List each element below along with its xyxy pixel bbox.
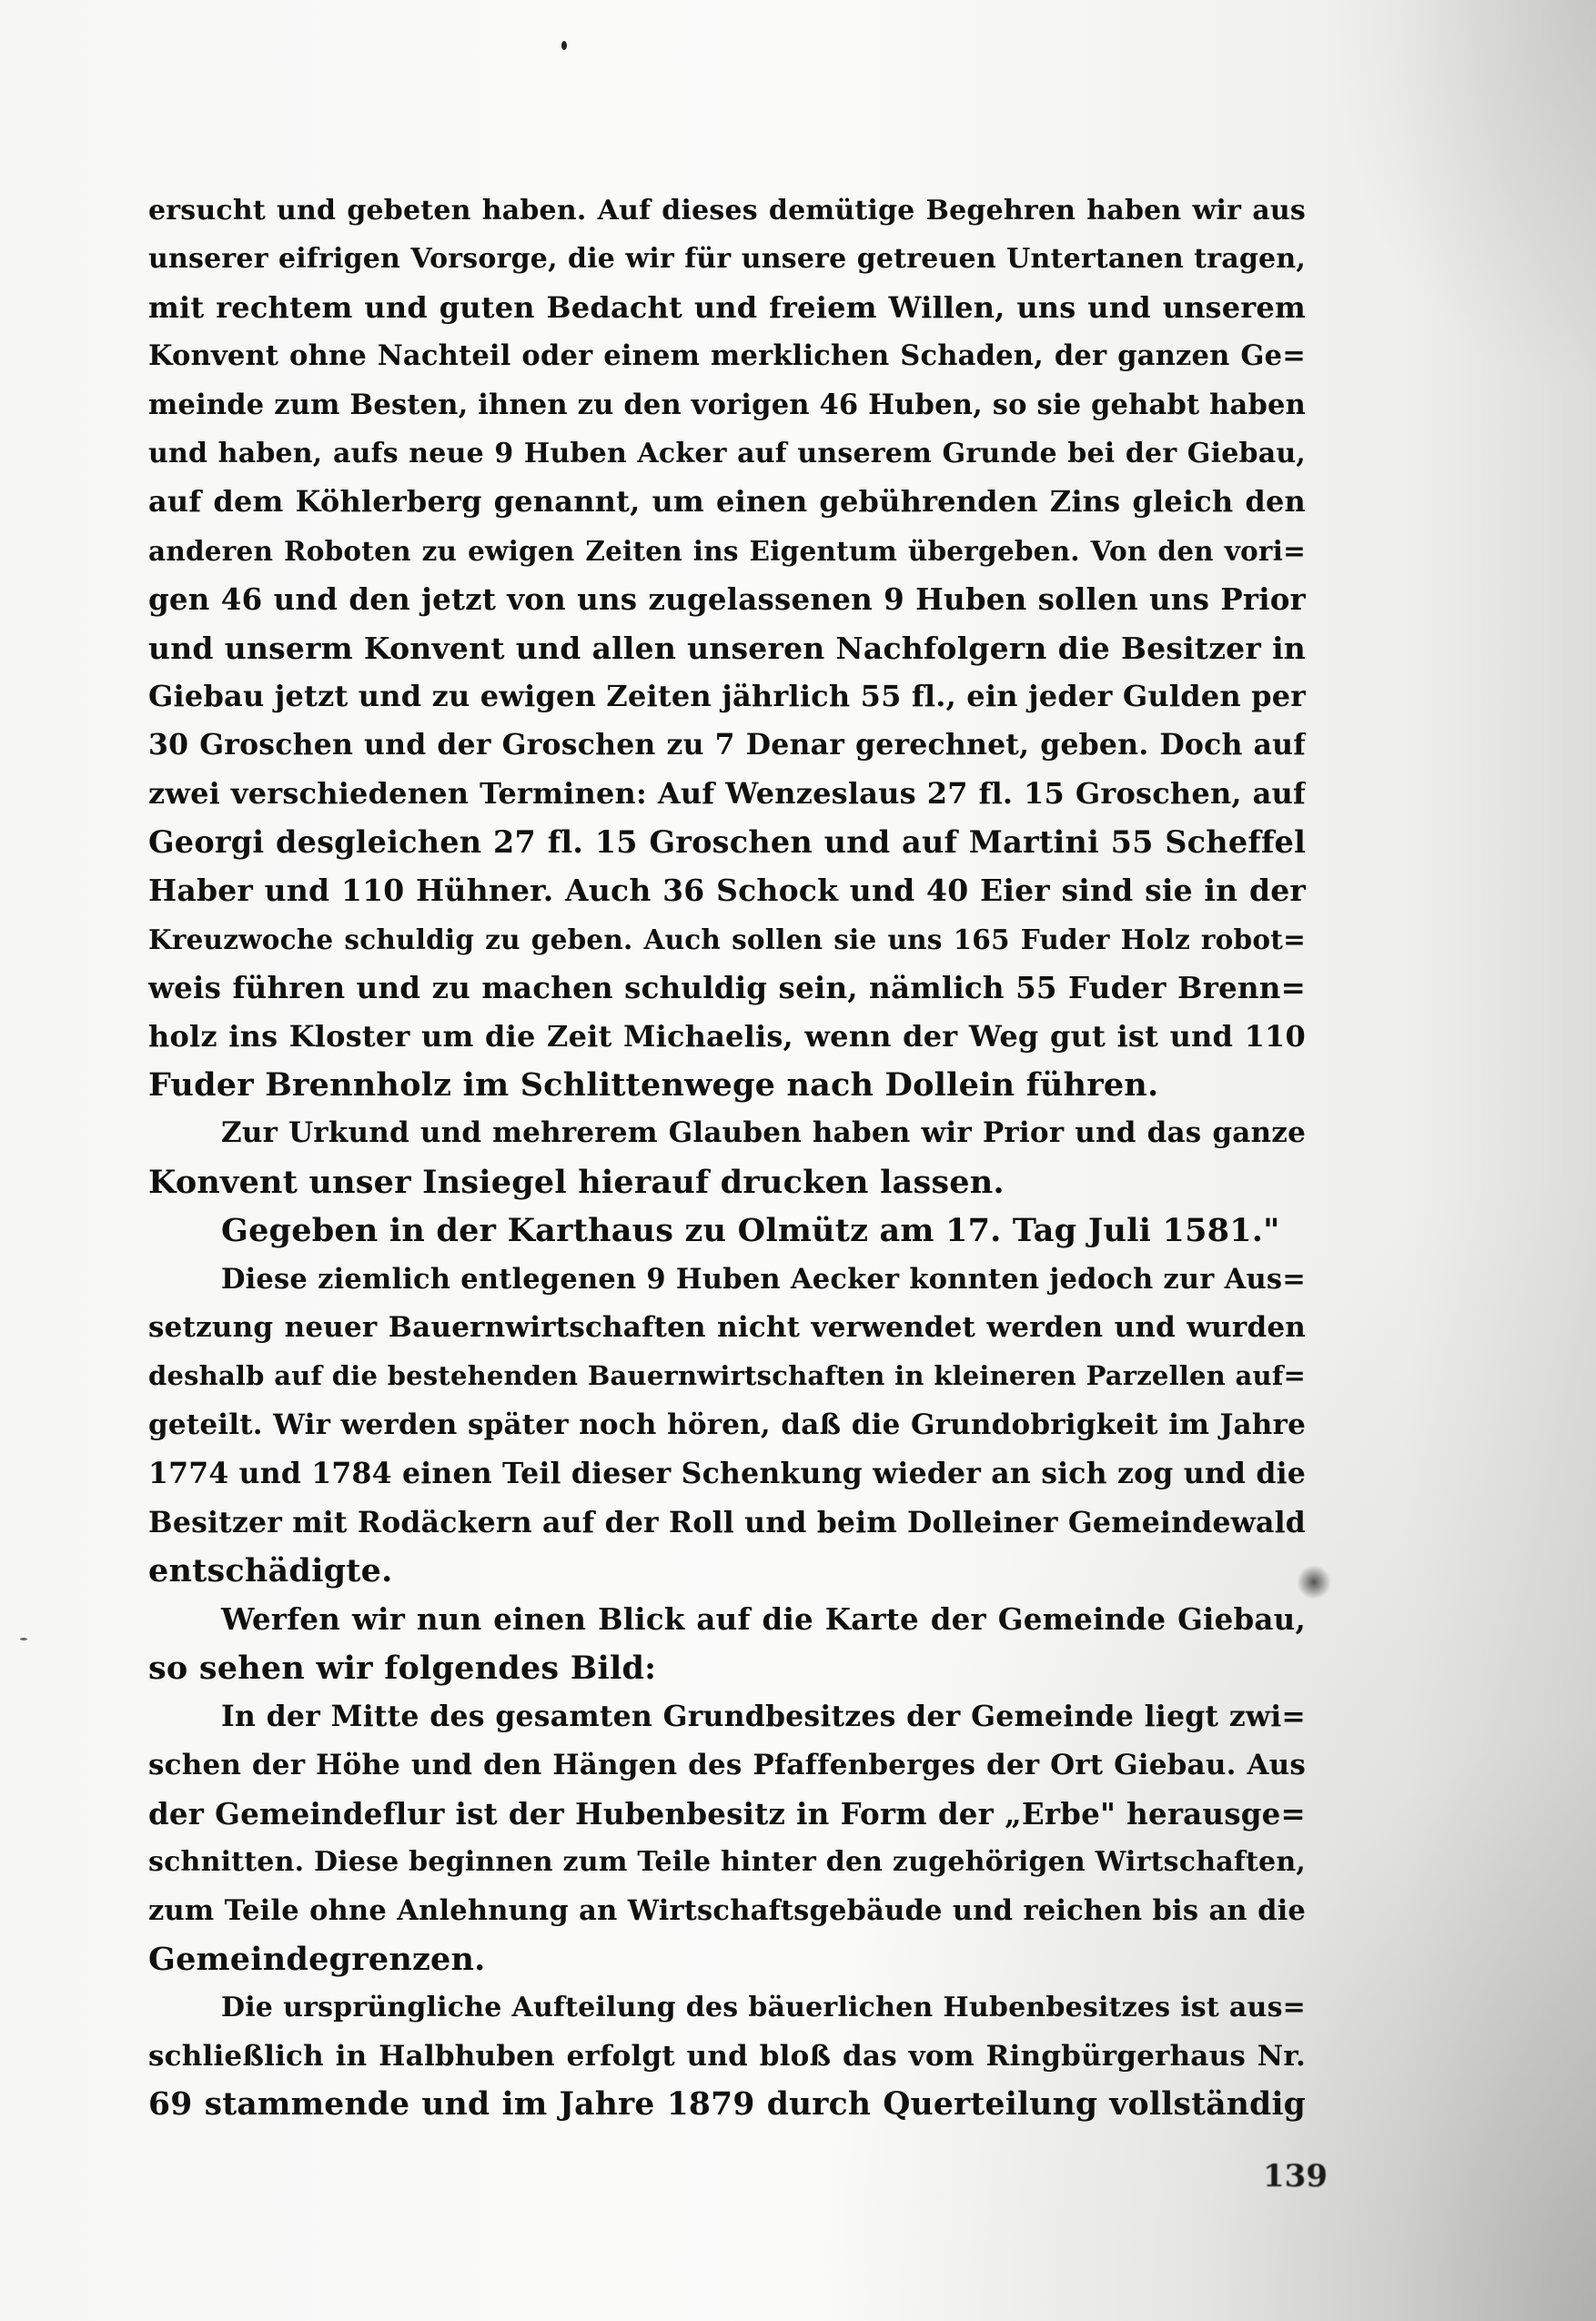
text-line: so sehen wir folgendes Bild: (148, 1644, 1306, 1692)
text-line: mit rechtem und guten Bedacht und freiem… (148, 284, 1306, 332)
text-line: gen 46 und den jetzt von uns zugelassene… (148, 575, 1306, 623)
page-number: 139 (1263, 2158, 1328, 2195)
text-line: 30 Groschen und der Groschen zu 7 Denar … (148, 721, 1306, 769)
text-line: und haben, aufs neue 9 Huben Acker auf u… (148, 429, 1306, 478)
text-line: zum Teile ohne Anlehnung an Wirtschaftsg… (148, 1887, 1306, 1935)
text-line: holz ins Kloster um die Zeit Michaelis, … (148, 1013, 1306, 1061)
text-line: Fuder Brennholz im Schlittenwege nach Do… (148, 1061, 1306, 1109)
text-line: Die ursprüngliche Aufteilung des bäuerli… (148, 1983, 1306, 2032)
text-line: Konvent unser Insiegel hierauf drucken l… (148, 1158, 1306, 1206)
text-line: Gemeindegrenzen. (148, 1935, 1306, 1983)
text-line: der Gemeindeflur ist der Hubenbesitz in … (148, 1790, 1306, 1838)
text-line: ersucht und gebeten haben. Auf dieses de… (148, 187, 1306, 235)
text-line: Besitzer mit Rodäckern auf der Roll und … (148, 1499, 1306, 1547)
text-line: 69 stammende und im Jahre 1879 durch Que… (148, 2081, 1306, 2129)
text-line: geteilt. Wir werden später noch hören, d… (148, 1401, 1306, 1449)
text-line: meinde zum Besten, ihnen zu den vorigen … (148, 381, 1306, 429)
text-line: schließlich in Halbhuben erfolgt und blo… (148, 2033, 1306, 2081)
ink-speck (561, 41, 567, 50)
text-line: In der Mitte des gesamten Grundbesitzes … (148, 1692, 1306, 1741)
text-line: und unserm Konvent und allen unseren Nac… (148, 624, 1306, 672)
text-line: Haber und 110 Hühner. Auch 36 Schock und… (148, 866, 1306, 914)
text-line: Zur Urkund und mehrerem Glauben haben wi… (148, 1109, 1306, 1157)
text-line: Werfen wir nun einen Blick auf die Karte… (148, 1595, 1306, 1643)
text-line: Gegeben in der Karthaus zu Olmütz am 17.… (148, 1206, 1306, 1255)
text-line: Konvent ohne Nachteil oder einem merklic… (148, 332, 1306, 380)
text-line: Kreuzwoche schuldig zu geben. Auch solle… (148, 915, 1306, 964)
text-line: deshalb auf die bestehenden Bauernwirtsc… (148, 1352, 1306, 1400)
text-line: zwei verschiedenen Terminen: Auf Wenzesl… (148, 770, 1306, 818)
text-line: unserer eifrigen Vorsorge, die wir für u… (148, 235, 1306, 283)
text-line: Giebau jetzt und zu ewigen Zeiten jährli… (148, 672, 1306, 721)
text-line: Diese ziemlich entlegenen 9 Huben Aecker… (148, 1256, 1306, 1304)
text-line: setzung neuer Bauernwirtschaften nicht v… (148, 1304, 1306, 1352)
text-line: anderen Roboten zu ewigen Zeiten ins Eig… (148, 527, 1306, 575)
text-line: 1774 und 1784 einen Teil dieser Schenkun… (148, 1449, 1306, 1498)
text-line: weis führen und zu machen schuldig sein,… (148, 964, 1306, 1012)
scanned-page: ersucht und gebeten haben. Auf dieses de… (0, 0, 1596, 2321)
text-line: schnitten. Diese beginnen zum Teile hint… (148, 1838, 1306, 1886)
ink-speck (20, 1638, 27, 1640)
text-line: Georgi desgleichen 27 fl. 15 Groschen un… (148, 818, 1306, 866)
text-line: schen der Höhe und den Hängen des Pfaffe… (148, 1741, 1306, 1790)
body-text: ersucht und gebeten haben. Auf dieses de… (148, 187, 1306, 2130)
text-line: entschädigte. (148, 1547, 1306, 1595)
text-line: auf dem Köhlerberg genannt, um einen geb… (148, 478, 1306, 526)
